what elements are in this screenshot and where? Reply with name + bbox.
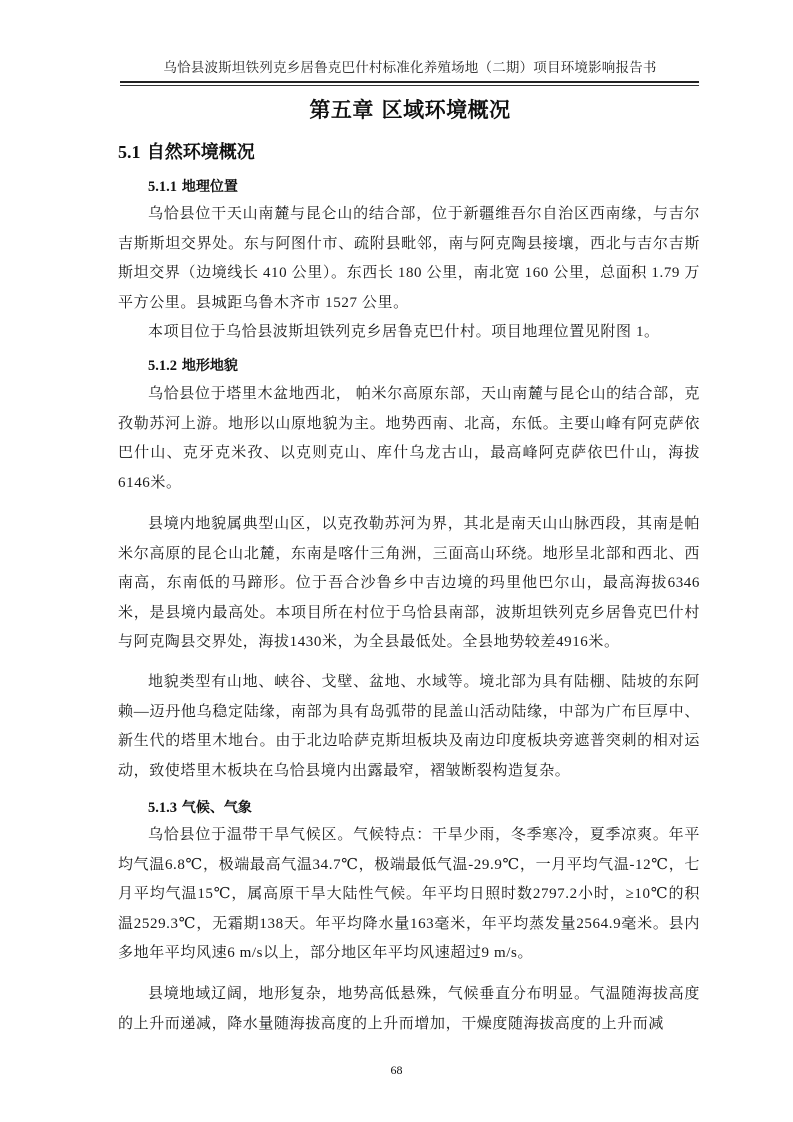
paragraph: 县境内地貌属典型山区，以克孜勒苏河为界，其北是南天山山脉西段，其南是帕米尔高原的… bbox=[118, 510, 700, 658]
paragraph: 地貌类型有山地、峡谷、戈壁、盆地、水域等。境北部为具有陆棚、陆坡的东阿赖—迈丹他… bbox=[118, 668, 700, 786]
subsection-title: 气候、气象 bbox=[182, 800, 252, 816]
document-page: 乌恰县波斯坦铁列克乡居鲁克巴什村标准化养殖场地（二期）项目环境影响报告书 第五章… bbox=[0, 0, 793, 1122]
header-rule-thick bbox=[120, 81, 699, 83]
subsection-title: 地形地貌 bbox=[182, 358, 238, 374]
header-rule-thin bbox=[120, 85, 699, 86]
subsection-number: 5.1.3 bbox=[148, 800, 177, 816]
running-header: 乌恰县波斯坦铁列克乡居鲁克巴什村标准化养殖场地（二期）项目环境影响报告书 bbox=[120, 59, 700, 77]
subsection-heading-5-1-3: 5.1.3 气候、气象 bbox=[148, 798, 252, 818]
section-number: 5.1 bbox=[118, 142, 141, 162]
subsection-title: 地理位置 bbox=[182, 179, 238, 195]
page-number: 68 bbox=[0, 1062, 793, 1078]
paragraph: 本项目位于乌恰县波斯坦铁列克乡居鲁克巴什村。项目地理位置见附图 1。 bbox=[118, 318, 700, 348]
paragraph: 乌恰县位于温带干旱气候区。气候特点：干旱少雨，冬季寒冷，夏季凉爽。年平均气温6.… bbox=[118, 821, 700, 969]
paragraph: 县境地域辽阔，地形复杂，地势高低悬殊，气候垂直分布明显。气温随海拔高度的上升而递… bbox=[118, 980, 700, 1039]
section-heading-5-1: 5.1 自然环境概况 bbox=[118, 140, 255, 165]
section-title: 自然环境概况 bbox=[147, 142, 255, 163]
subsection-number: 5.1.2 bbox=[148, 358, 177, 374]
subsection-heading-5-1-1: 5.1.1 地理位置 bbox=[148, 177, 238, 197]
paragraph: 乌恰县位干天山南麓与昆仑山的结合部，位于新疆维吾尔自治区西南缘，与吉尔吉斯斯坦交… bbox=[118, 200, 700, 318]
paragraph: 乌恰县位于塔里木盆地西北， 帕米尔高原东部，天山南麓与昆仑山的结合部，克孜勒苏河… bbox=[118, 380, 700, 498]
subsection-number: 5.1.1 bbox=[148, 179, 177, 195]
subsection-heading-5-1-2: 5.1.2 地形地貌 bbox=[148, 356, 238, 376]
chapter-title: 第五章 区域环境概况 bbox=[120, 96, 700, 124]
